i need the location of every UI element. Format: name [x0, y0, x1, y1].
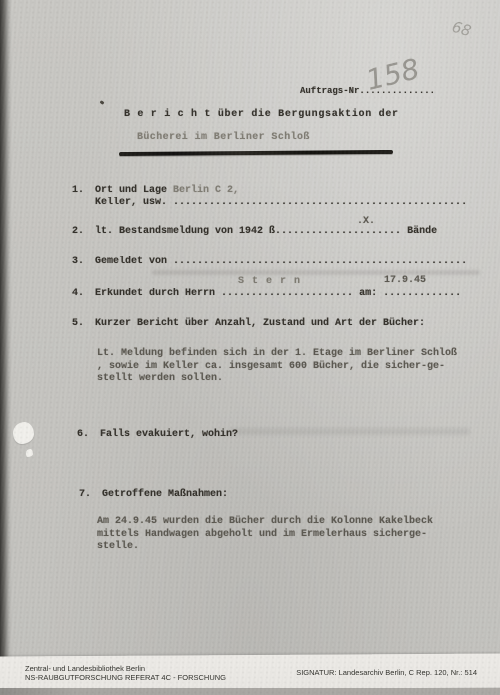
item-7-answer-paragraph: Am 24.9.45 wurden die Bücher durch die K…: [97, 516, 433, 554]
ink-speck: [100, 100, 105, 105]
item-1-number: 1.: [72, 185, 84, 197]
item-5-number: 5.: [72, 318, 84, 330]
item-1-filled-value: Berlin C 2,: [173, 185, 239, 196]
item-3-number: 3.: [72, 256, 84, 268]
item-7-answer-line1: Am 24.9.45 wurden die Bücher durch die K…: [97, 516, 433, 529]
item-7-answer-line2: mittels Handwagen abgeholt und im Ermele…: [97, 529, 433, 542]
scan-left-edge: [0, 0, 12, 660]
item-5-answer-line2: , sowie im Keller ca. insgesamt 600 Büch…: [97, 361, 457, 374]
footer-org-line2: NS-RAUBGUTFORSCHUNG REFERAT 4C - FORSCHU…: [25, 673, 226, 682]
item-2-suffix: Bände: [401, 226, 437, 237]
item-1-dots: ........................................…: [173, 197, 467, 208]
scanned-document-page: 68 Auftrags-Nr.............. 158 B e r i…: [0, 0, 500, 695]
item-2-line: lt. Bestandsmeldung von 1942 ß..........…: [95, 226, 437, 238]
item-1-label: Ort und Lage: [95, 185, 173, 196]
document-subtitle: Bücherei im Berliner Schloß: [137, 132, 310, 144]
footer-organization: Zentral- und Landesbibliothek Berlin NS-…: [25, 664, 226, 682]
item-5-answer-paragraph: Lt. Meldung befinden sich in der 1. Etag…: [97, 348, 457, 386]
scan-bottom-edge: [0, 688, 500, 695]
item-2-label: lt. Bestandsmeldung von 1942 ß: [95, 226, 275, 237]
order-number-label: Auftrags-Nr.: [300, 86, 365, 96]
item-7-answer-line3: stelle.: [97, 541, 433, 554]
item-5-answer-line3: stellt werden sollen.: [97, 373, 457, 386]
item-4-filled-date: 17.9.45: [384, 275, 426, 287]
item-6-number: 6.: [77, 429, 89, 441]
item-2-number: 2.: [72, 226, 84, 238]
item-2-dots: .....................: [275, 226, 401, 237]
item-3-line: Gemeldet von ...........................…: [95, 256, 467, 268]
paper-hole-blob: [13, 422, 34, 444]
item-4-number: 4.: [72, 288, 84, 300]
item-4-filled-name: S t e r n: [238, 276, 301, 288]
item-5-answer-line1: Lt. Meldung befinden sich in der 1. Etag…: [97, 348, 457, 361]
print-offset-smudge: [152, 270, 480, 275]
item-3-label: Gemeldet von: [95, 256, 173, 267]
item-4-line: Erkundet durch Herrn ...................…: [95, 288, 467, 300]
document-title: B e r i c h t über die Bergungsaktion de…: [124, 109, 399, 121]
item-4-dots2: .............: [383, 288, 461, 299]
item-5-label: Kurzer Bericht über Anzahl, Zustand und …: [95, 318, 425, 330]
item-3-dots: ........................................…: [173, 256, 467, 267]
item-1-line2: Keller, usw. ...........................…: [95, 197, 467, 209]
item-1-label2: Keller, usw.: [95, 197, 173, 208]
item-7-label: Getroffene Maßnahmen:: [102, 489, 228, 501]
footer-org-line1: Zentral- und Landesbibliothek Berlin: [25, 664, 226, 673]
item-7-number: 7.: [79, 489, 91, 501]
item-4-am-label: am:: [353, 288, 383, 299]
handwritten-page-number: 68: [450, 18, 473, 41]
footer-signature: SIGNATUR: Landesarchiv Berlin, C Rep. 12…: [296, 668, 477, 677]
item-1-line1: Ort und Lage Berlin C 2,: [95, 185, 239, 197]
item-4-label: Erkundet durch Herrn: [95, 288, 221, 299]
item-4-dots1: ......................: [221, 288, 353, 299]
item-6-label: Falls evakuiert, wohin?: [100, 429, 238, 441]
title-underline: [119, 150, 393, 156]
bleed-through-smudge: [230, 428, 470, 435]
